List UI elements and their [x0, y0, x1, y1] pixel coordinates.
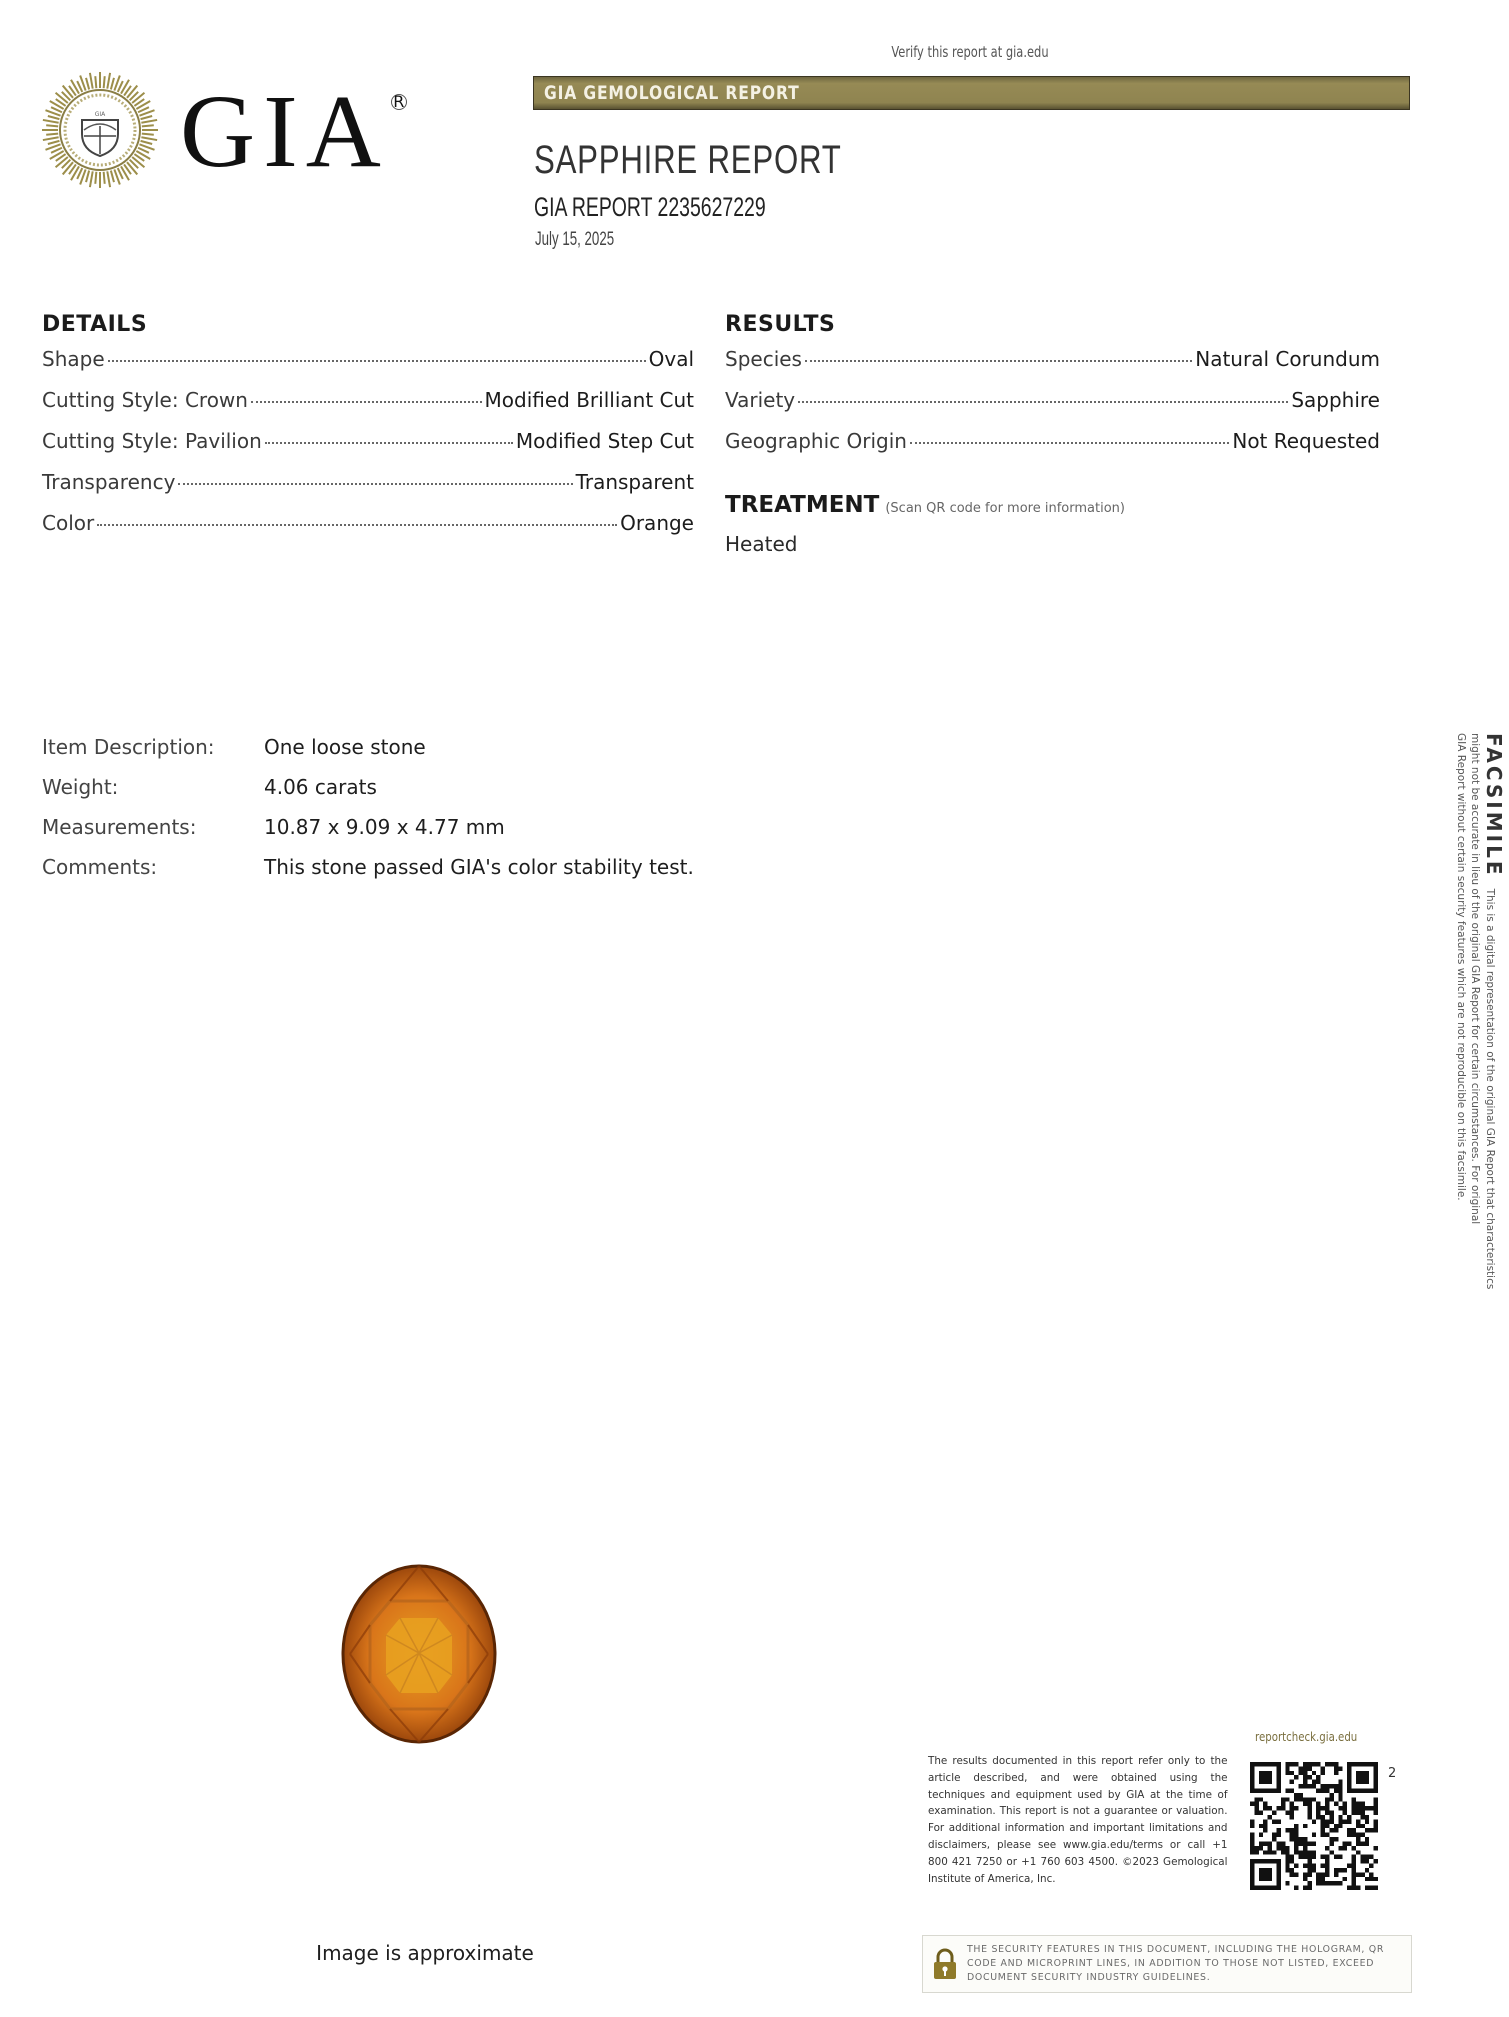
gem-oval-icon — [340, 1563, 498, 1745]
results-value: Natural Corundum — [1195, 347, 1380, 371]
security-features-panel: The security features in this document, … — [922, 1935, 1412, 1993]
details-row: ShapeOval — [42, 347, 694, 388]
treatment-section: TREATMENT(Scan QR code for more informat… — [725, 492, 1125, 556]
facsimile-line-1: This is a digital representation of the … — [1484, 889, 1496, 1290]
item-value: 4.06 carats — [264, 775, 377, 815]
results-row: Geographic OriginNot Requested — [725, 429, 1380, 470]
report-title: SAPPHIRE REPORT — [534, 138, 842, 183]
results-row: VarietySapphire — [725, 388, 1380, 429]
details-row: TransparencyTransparent — [42, 470, 694, 511]
dot-leader — [910, 442, 1229, 444]
band-label: GIA GEMOLOGICAL REPORT — [544, 77, 800, 109]
facsimile-title: FACSIMILE — [1482, 733, 1506, 878]
item-value: 10.87 x 9.09 x 4.77 mm — [264, 815, 505, 855]
details-value: Orange — [620, 511, 694, 535]
seal-icon: GIA — [40, 70, 160, 190]
details-row: Cutting Style: CrownModified Brilliant C… — [42, 388, 694, 429]
padlock-icon — [923, 1948, 967, 1980]
gem-caption: Image is approximate — [280, 1941, 570, 1965]
dot-leader — [798, 401, 1288, 403]
item-value: This stone passed GIA's color stability … — [264, 855, 694, 895]
facsimile-line-2: might not be accurate in lieu of the ori… — [1468, 733, 1482, 1293]
qr-code[interactable] — [1250, 1762, 1378, 1890]
results-rows: SpeciesNatural CorundumVarietySapphireGe… — [725, 347, 1380, 470]
results-heading: RESULTS — [725, 312, 1380, 337]
treatment-note: (Scan QR code for more information) — [885, 501, 1125, 516]
item-label: Measurements: — [42, 815, 264, 855]
details-row: ColorOrange — [42, 511, 694, 552]
details-row: Cutting Style: PavilionModified Step Cut — [42, 429, 694, 470]
results-row: SpeciesNatural Corundum — [725, 347, 1380, 388]
gem-image — [340, 1563, 498, 1745]
details-label: Transparency — [42, 470, 175, 494]
details-label: Cutting Style: Pavilion — [42, 429, 262, 453]
item-label: Item Description: — [42, 735, 264, 775]
dot-leader — [108, 360, 646, 362]
details-label: Cutting Style: Crown — [42, 388, 248, 412]
treatment-heading: TREATMENT — [725, 492, 879, 518]
details-heading: DETAILS — [42, 312, 694, 337]
qr-page-number: 2 — [1388, 1766, 1396, 1781]
item-row: Item Description:One loose stone — [42, 735, 694, 775]
item-label: Comments: — [42, 855, 264, 895]
dot-leader — [97, 524, 617, 526]
disclaimer-text: The results documented in this report re… — [928, 1753, 1228, 1887]
report-number: GIA REPORT 2235627229 — [534, 192, 766, 223]
results-section: RESULTS SpeciesNatural CorundumVarietySa… — [725, 312, 1380, 470]
details-section: DETAILS ShapeOvalCutting Style: CrownMod… — [42, 312, 694, 552]
item-row: Weight:4.06 carats — [42, 775, 694, 815]
details-value: Modified Step Cut — [516, 429, 694, 453]
verify-link-text[interactable]: Verify this report at gia.edu — [596, 43, 1344, 61]
details-label: Shape — [42, 347, 105, 371]
facsimile-line-3: GIA Report without certain security feat… — [1454, 733, 1468, 1293]
reportcheck-link[interactable]: reportcheck.gia.edu — [1255, 1730, 1357, 1744]
security-text: The security features in this document, … — [967, 1943, 1411, 1985]
results-label: Geographic Origin — [725, 429, 907, 453]
svg-text:GIA: GIA — [95, 111, 106, 118]
dot-leader — [805, 360, 1192, 362]
dot-leader — [265, 442, 513, 444]
report-date: July 15, 2025 — [535, 229, 614, 251]
facsimile-notice: FACSIMILE This is a digital representati… — [1418, 733, 1506, 1293]
item-row: Measurements:10.87 x 9.09 x 4.77 mm — [42, 815, 694, 855]
qr-code-icon — [1250, 1762, 1378, 1890]
report-type-band: GIA GEMOLOGICAL REPORT — [533, 76, 1410, 110]
item-label: Weight: — [42, 775, 264, 815]
details-value: Modified Brilliant Cut — [485, 388, 694, 412]
treatment-value: Heated — [725, 532, 1125, 556]
item-row: Comments:This stone passed GIA's color s… — [42, 855, 694, 895]
item-description-section: Item Description:One loose stoneWeight:4… — [42, 735, 694, 895]
details-value: Transparent — [576, 470, 694, 494]
details-rows: ShapeOvalCutting Style: CrownModified Br… — [42, 347, 694, 552]
item-value: One loose stone — [264, 735, 426, 775]
dot-leader — [178, 483, 572, 485]
results-label: Variety — [725, 388, 795, 412]
brand-text: GIA — [180, 74, 389, 189]
results-value: Not Requested — [1232, 429, 1380, 453]
details-label: Color — [42, 511, 94, 535]
details-value: Oval — [649, 347, 694, 371]
results-label: Species — [725, 347, 802, 371]
results-value: Sapphire — [1291, 388, 1380, 412]
gia-wordmark: GIAR — [180, 80, 407, 184]
registered-mark: R — [391, 94, 407, 110]
dot-leader — [251, 401, 482, 403]
gia-seal-logo: GIA — [40, 70, 160, 190]
